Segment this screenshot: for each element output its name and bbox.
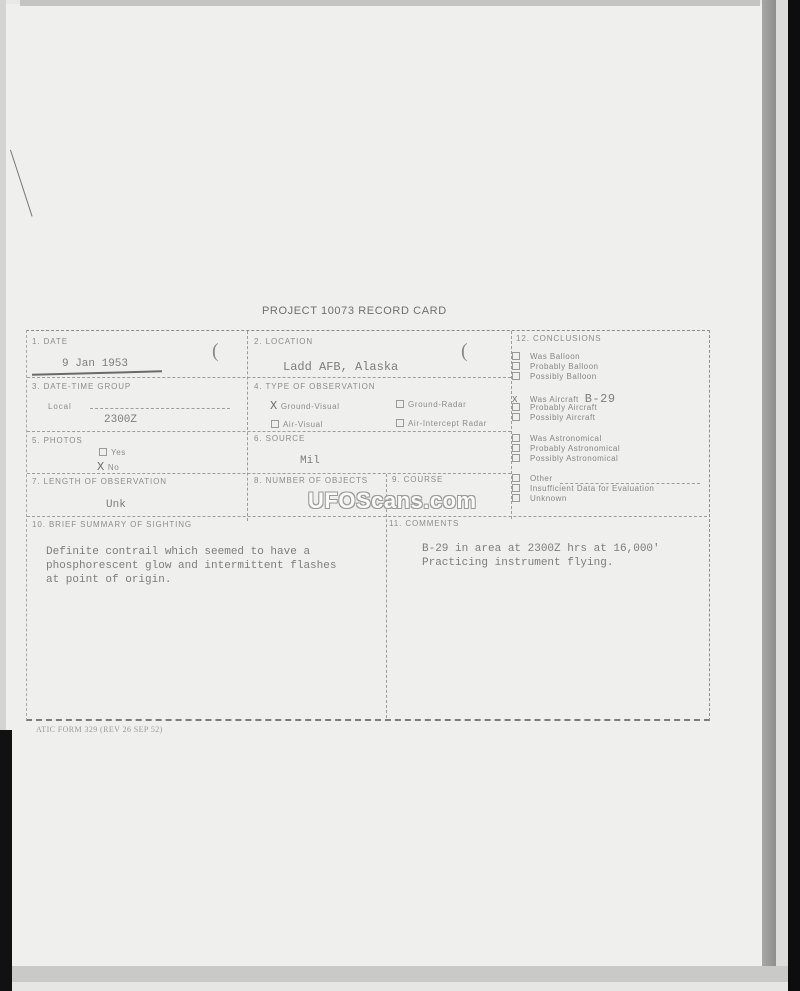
conclusion-possibly-astronomical[interactable]: Possibly Astronomical [512, 454, 618, 463]
checkbox-icon [271, 420, 279, 428]
source-value: Mil [300, 455, 320, 467]
watermark: UFOScans.com [308, 488, 477, 514]
checkbox-icon [512, 413, 520, 421]
scan-right-shadow [762, 0, 776, 991]
comments-label: 11. COMMENTS [389, 519, 459, 528]
scan-top-edge [20, 0, 760, 6]
conclusion-possibly-balloon[interactable]: Possibly Balloon [512, 372, 597, 381]
conclusion-probably-astronomical[interactable]: Probably Astronomical [512, 444, 620, 453]
date-value: 9 Jan 1953 [62, 358, 128, 370]
scan-bottom-strip [12, 966, 788, 982]
conclusion-possibly-aircraft[interactable]: Possibly Aircraft [512, 413, 595, 422]
observation-air-intercept-radar[interactable]: Air-Intercept Radar [396, 419, 487, 428]
location-label: 2. LOCATION [254, 337, 313, 346]
date-time-group-value: 2300Z [104, 414, 137, 426]
bracket-mark: ( [212, 340, 219, 363]
conclusion-was-balloon[interactable]: Was Balloon [512, 352, 580, 361]
divider-col1 [247, 331, 248, 521]
date-time-local-label: Local [48, 402, 72, 411]
number-of-objects-label: 8. NUMBER OF OBJECTS [254, 476, 368, 485]
date-time-local-line [90, 408, 230, 409]
observation-type-label: 4. TYPE OF OBSERVATION [254, 382, 375, 391]
form-identifier: ATIC FORM 329 (REV 26 SEP 52) [36, 725, 163, 734]
conclusions-label: 12. CONCLUSIONS [516, 334, 602, 343]
observation-ground-visual[interactable]: XGround-Visual [270, 399, 340, 413]
photos-no[interactable]: XNo [97, 460, 119, 474]
checked-mark-icon: X [270, 399, 278, 413]
conclusion-unknown[interactable]: Unknown [512, 494, 567, 503]
conclusion-was-astronomical[interactable]: Was Astronomical [512, 434, 602, 443]
photos-label: 5. PHOTOS [32, 436, 83, 445]
checkbox-icon [396, 400, 404, 408]
observation-air-visual[interactable]: Air-Visual [271, 420, 323, 429]
checkbox-icon [512, 444, 520, 452]
scan-bottom-edge [12, 982, 788, 991]
comments-text: B-29 in area at 2300Z hrs at 16,000' Pra… [422, 542, 660, 570]
location-value: Ladd AFB, Alaska [283, 360, 398, 374]
date-label: 1. DATE [32, 337, 68, 346]
checkbox-icon [512, 454, 520, 462]
brief-summary-text: Definite contrail which seemed to have a… [46, 545, 336, 587]
scan-right-border [788, 0, 800, 991]
conclusion-probably-aircraft[interactable]: Probably Aircraft [512, 403, 597, 412]
scan-right-gap [776, 0, 788, 991]
course-label: 9. COURSE [392, 475, 443, 484]
conclusion-probably-balloon[interactable]: Probably Balloon [512, 362, 598, 371]
length-of-observation-value: Unk [106, 499, 126, 511]
divider-row2 [27, 431, 511, 432]
scan-left-border [0, 730, 12, 991]
card-title: PROJECT 10073 RECORD CARD [262, 305, 447, 317]
checkbox-icon [396, 419, 404, 427]
divider-row1 [27, 377, 511, 378]
divider-row4 [27, 516, 707, 517]
checkbox-icon [512, 352, 520, 360]
conclusion-other[interactable]: Other [512, 474, 553, 483]
checkbox-icon [512, 474, 520, 482]
brief-summary-label: 10. BRIEF SUMMARY OF SIGHTING [32, 520, 192, 529]
checkbox-icon [512, 434, 520, 442]
checkbox-icon [99, 448, 107, 456]
checkbox-icon [512, 362, 520, 370]
checked-mark-icon: X [97, 460, 105, 474]
observation-ground-radar[interactable]: Ground-Radar [396, 400, 466, 409]
checkbox-icon [512, 372, 520, 380]
length-of-observation-label: 7. LENGTH OF OBSERVATION [32, 477, 167, 486]
conclusion-insufficient-data[interactable]: Insufficient Data for Evaluation [512, 484, 654, 493]
photos-yes[interactable]: Yes [99, 448, 126, 457]
checkbox-icon [512, 494, 520, 502]
source-label: 6. SOURCE [254, 434, 305, 443]
bracket-mark: ( [461, 340, 468, 363]
date-time-group-label: 3. DATE-TIME GROUP [32, 382, 131, 391]
checkbox-icon [512, 403, 520, 411]
checkbox-icon [512, 484, 520, 492]
